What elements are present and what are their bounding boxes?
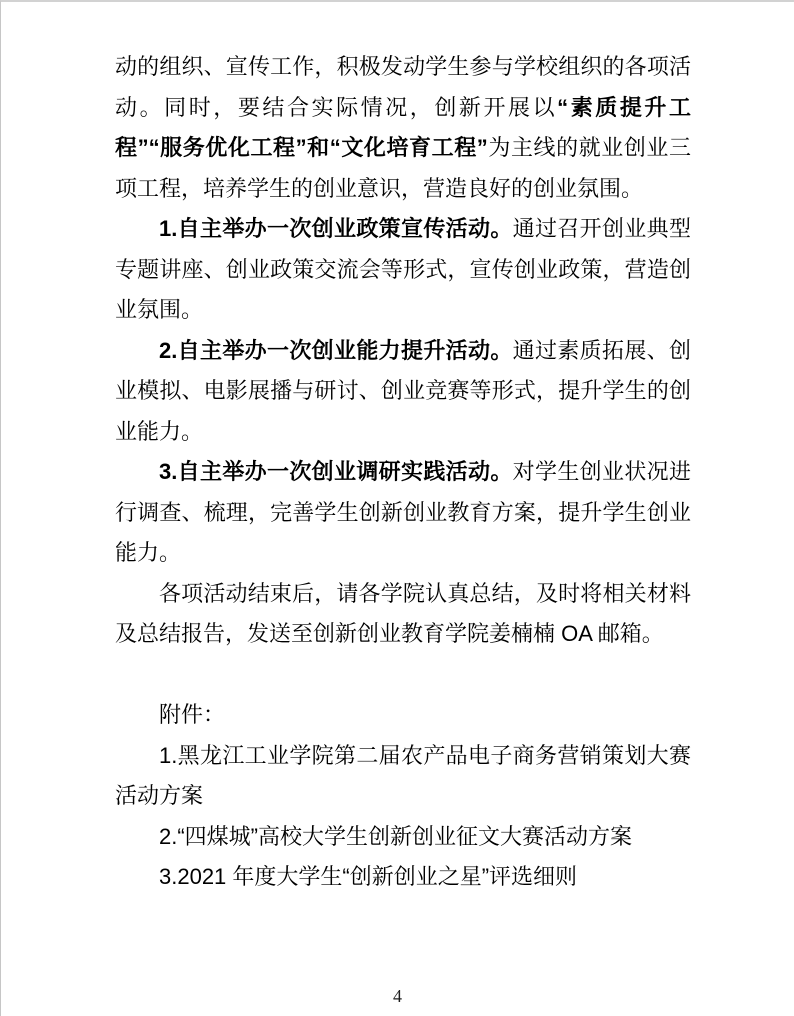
page-number: 4	[1, 987, 794, 1005]
paragraph-attachment-1: 1.黑龙江工业学院第二届农产品电子商务营销策划大赛活动方案	[115, 736, 691, 817]
document-body-text: 动的组织、宣传工作，积极发动学生参与学校组织的各项活动。同时，要结合实际情况，创…	[1, 2, 794, 898]
text-run: 3.2021 年度大学生“创新创业之星”评选细则	[159, 864, 577, 889]
text-run: 各项活动结束后，请各学院认真总结，及时将相关材料及总结报告，发送至创新创业教育学…	[115, 581, 691, 647]
paragraph-continuation: 动的组织、宣传工作，积极发动学生参与学校组织的各项活动。同时，要结合实际情况，创…	[115, 47, 691, 209]
paragraph-attachment-3: 3.2021 年度大学生“创新创业之星”评选细则	[115, 857, 691, 898]
document-page: 动的组织、宣传工作，积极发动学生参与学校组织的各项活动。同时，要结合实际情况，创…	[0, 0, 794, 1016]
text-run-bold: 1.自主举办一次创业政策宣传活动。	[159, 216, 513, 241]
paragraph-attachments-label: 附件：	[115, 695, 691, 736]
paragraph-activity-2: 2.自主举办一次创业能力提升活动。通过素质拓展、创业模拟、电影展播与研讨、创业竞…	[115, 331, 691, 453]
text-run: 1.黑龙江工业学院第二届农产品电子商务营销策划大赛活动方案	[115, 743, 691, 809]
paragraph-attachment-2: 2.“四煤城”高校大学生创新创业征文大赛活动方案	[115, 817, 691, 858]
blank-line	[115, 655, 691, 696]
text-run-bold: 2.自主举办一次创业能力提升活动。	[159, 338, 513, 363]
text-run-bold: 3.自主举办一次创业调研实践活动。	[159, 459, 513, 484]
paragraph-activity-3: 3.自主举办一次创业调研实践活动。对学生创业状况进行调查、梳理，完善学生创新创业…	[115, 452, 691, 574]
paragraph-activity-1: 1.自主举办一次创业政策宣传活动。通过召开创业典型专题讲座、创业政策交流会等形式…	[115, 209, 691, 331]
text-run: 附件：	[159, 702, 225, 727]
paragraph-summary-request: 各项活动结束后，请各学院认真总结，及时将相关材料及总结报告，发送至创新创业教育学…	[115, 574, 691, 655]
text-run: 2.“四煤城”高校大学生创新创业征文大赛活动方案	[159, 824, 632, 849]
